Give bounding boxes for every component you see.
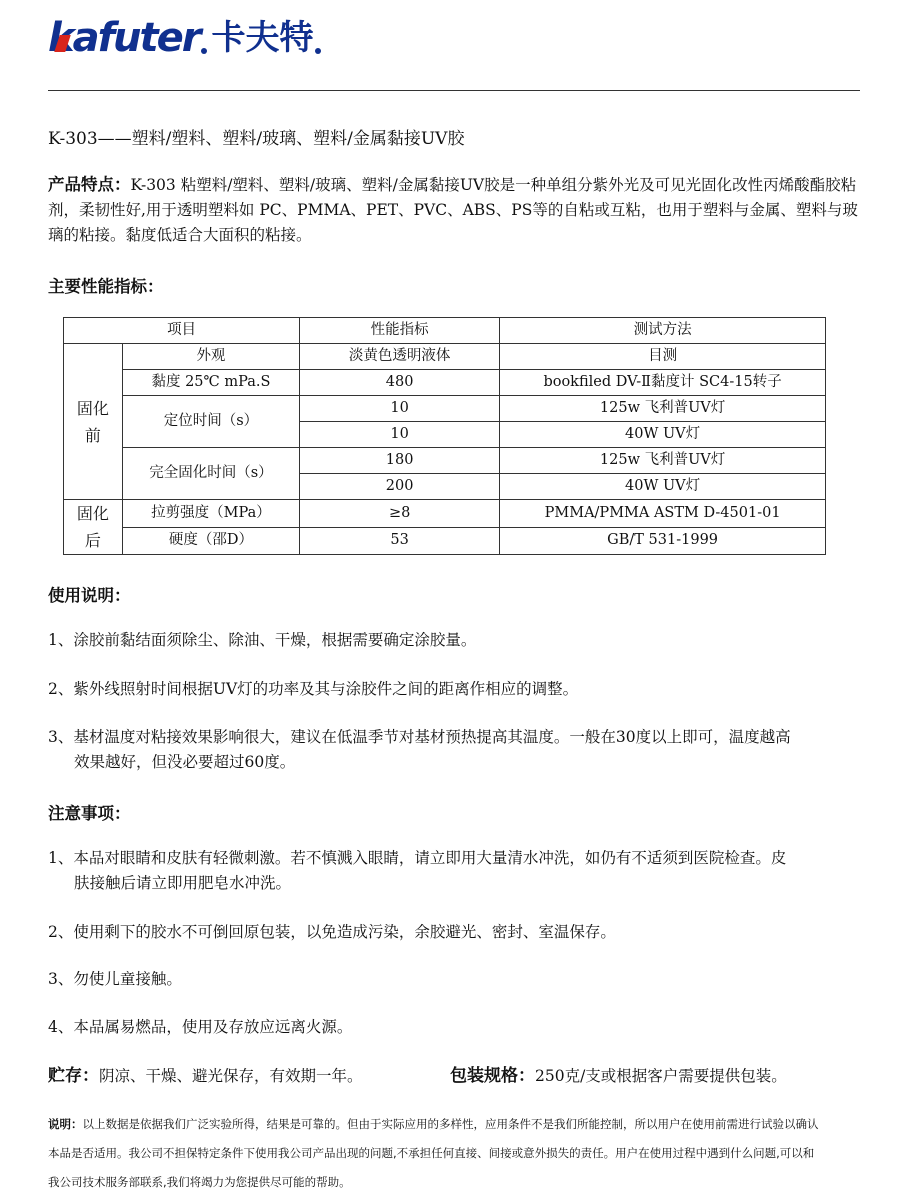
- cell-item: 外观: [122, 344, 299, 370]
- caution-item-1: 1、本品对眼睛和皮肤有轻微刺激。若不慎溅入眼睛，请立即用大量清水冲洗，如仍有不适…: [48, 846, 863, 896]
- logo-english: kafuter: [48, 18, 199, 58]
- packaging-text: 250克/支或根据客户需要提供包装。: [535, 1067, 787, 1085]
- cautions-heading: 注意事项：: [48, 800, 131, 824]
- caution-item-3: 3、勿使儿童接触。: [48, 967, 863, 992]
- features-text: K-303 粘塑料/塑料、塑料/玻璃、塑料/金属黏接UV胶是一种单组分紫外光及可…: [48, 176, 858, 244]
- cell-item: 硬度（邵D）: [122, 527, 299, 555]
- caution-item-4: 4、本品属易燃品，使用及存放应远离火源。: [48, 1015, 863, 1040]
- usage-item-2: 2、紫外线照射时间根据UV灯的功率及其与涂胶件之间的距离作相应的调整。: [48, 677, 863, 702]
- cell-value: 53: [300, 527, 500, 555]
- cell-method: 目测: [500, 344, 826, 370]
- cell-value: 10: [300, 396, 500, 422]
- disclaimer: 说明：以上数据是依据我们广泛实验所得，结果是可靠的。但由于实际应用的多样性，应用…: [48, 1110, 863, 1197]
- cell-method: 40W UV灯: [500, 422, 826, 448]
- cell-method: 125w 飞利普UV灯: [500, 396, 826, 422]
- disclaimer-label: 说明：: [48, 1117, 83, 1131]
- cell-method: bookfiled DV-Ⅱ黏度计 SC4-15转子: [500, 370, 826, 396]
- cell-item: 完全固化时间（s）: [122, 448, 299, 500]
- table-row: 固化前 外观 淡黄色透明液体 目测: [64, 344, 826, 370]
- table-row: 完全固化时间（s） 180 125w 飞利普UV灯: [64, 448, 826, 474]
- storage-text: 阴凉、干燥、避光保存，有效期一年。: [99, 1067, 363, 1085]
- cell-item: 定位时间（s）: [122, 396, 299, 448]
- table-header-row: 项目 性能指标 测试方法: [64, 318, 826, 344]
- table-row: 固化后 拉剪强度（MPa） ≥8 PMMA/PMMA ASTM D-4501-0…: [64, 500, 826, 528]
- usage-item-1: 1、涂胶前黏结面须除尘、除油、干燥，根据需要确定涂胶量。: [48, 628, 863, 653]
- product-features: 产品特点：K-303 粘塑料/塑料、塑料/玻璃、塑料/金属黏接UV胶是一种单组分…: [48, 172, 863, 248]
- table-row: 定位时间（s） 10 125w 飞利普UV灯: [64, 396, 826, 422]
- header-method: 测试方法: [500, 318, 826, 344]
- cell-value: 200: [300, 474, 500, 500]
- specs-heading: 主要性能指标：: [48, 273, 164, 297]
- cell-value: ≥8: [300, 500, 500, 528]
- spec-table: 项目 性能指标 测试方法 固化前 外观 淡黄色透明液体 目测 黏度 25℃ mP…: [63, 317, 826, 555]
- caution-item-2: 2、使用剩下的胶水不可倒回原包装，以免造成污染，余胶避光、密封、室温保存。: [48, 920, 863, 945]
- company-logo: kafuter 卡夫特: [48, 14, 325, 58]
- logo-chinese: 卡夫特: [211, 18, 313, 58]
- cell-method: PMMA/PMMA ASTM D-4501-01: [500, 500, 826, 528]
- usage-heading: 使用说明：: [48, 582, 131, 606]
- header-value: 性能指标: [300, 318, 500, 344]
- packaging-line: 包装规格：250克/支或根据客户需要提供包装。: [450, 1064, 870, 1089]
- cell-value: 淡黄色透明液体: [300, 344, 500, 370]
- cell-value: 10: [300, 422, 500, 448]
- cell-method: 40W UV灯: [500, 474, 826, 500]
- cell-method: 125w 飞利普UV灯: [500, 448, 826, 474]
- header-item: 项目: [64, 318, 300, 344]
- features-label: 产品特点：: [48, 175, 131, 194]
- cell-item: 黏度 25℃ mPa.S: [122, 370, 299, 396]
- registered-mark-icon: [201, 48, 207, 54]
- usage-item-3: 3、基材温度对粘接效果影响很大，建议在低温季节对基材预热提高其温度。一般在30度…: [48, 725, 863, 775]
- cell-method: GB/T 531-1999: [500, 527, 826, 555]
- group-after-cure: 固化后: [64, 500, 123, 555]
- header-divider: [48, 90, 860, 91]
- group-before-cure: 固化前: [64, 344, 123, 500]
- registered-mark-icon: [315, 48, 321, 54]
- table-row: 黏度 25℃ mPa.S 480 bookfiled DV-Ⅱ黏度计 SC4-1…: [64, 370, 826, 396]
- cell-value: 480: [300, 370, 500, 396]
- cell-value: 180: [300, 448, 500, 474]
- storage-label: 贮存：: [48, 1066, 99, 1086]
- document-title: K-303——塑料/塑料、塑料/玻璃、塑料/金属黏接UV胶: [48, 124, 464, 149]
- cell-item: 拉剪强度（MPa）: [122, 500, 299, 528]
- packaging-label: 包装规格：: [450, 1066, 535, 1086]
- table-row: 硬度（邵D） 53 GB/T 531-1999: [64, 527, 826, 555]
